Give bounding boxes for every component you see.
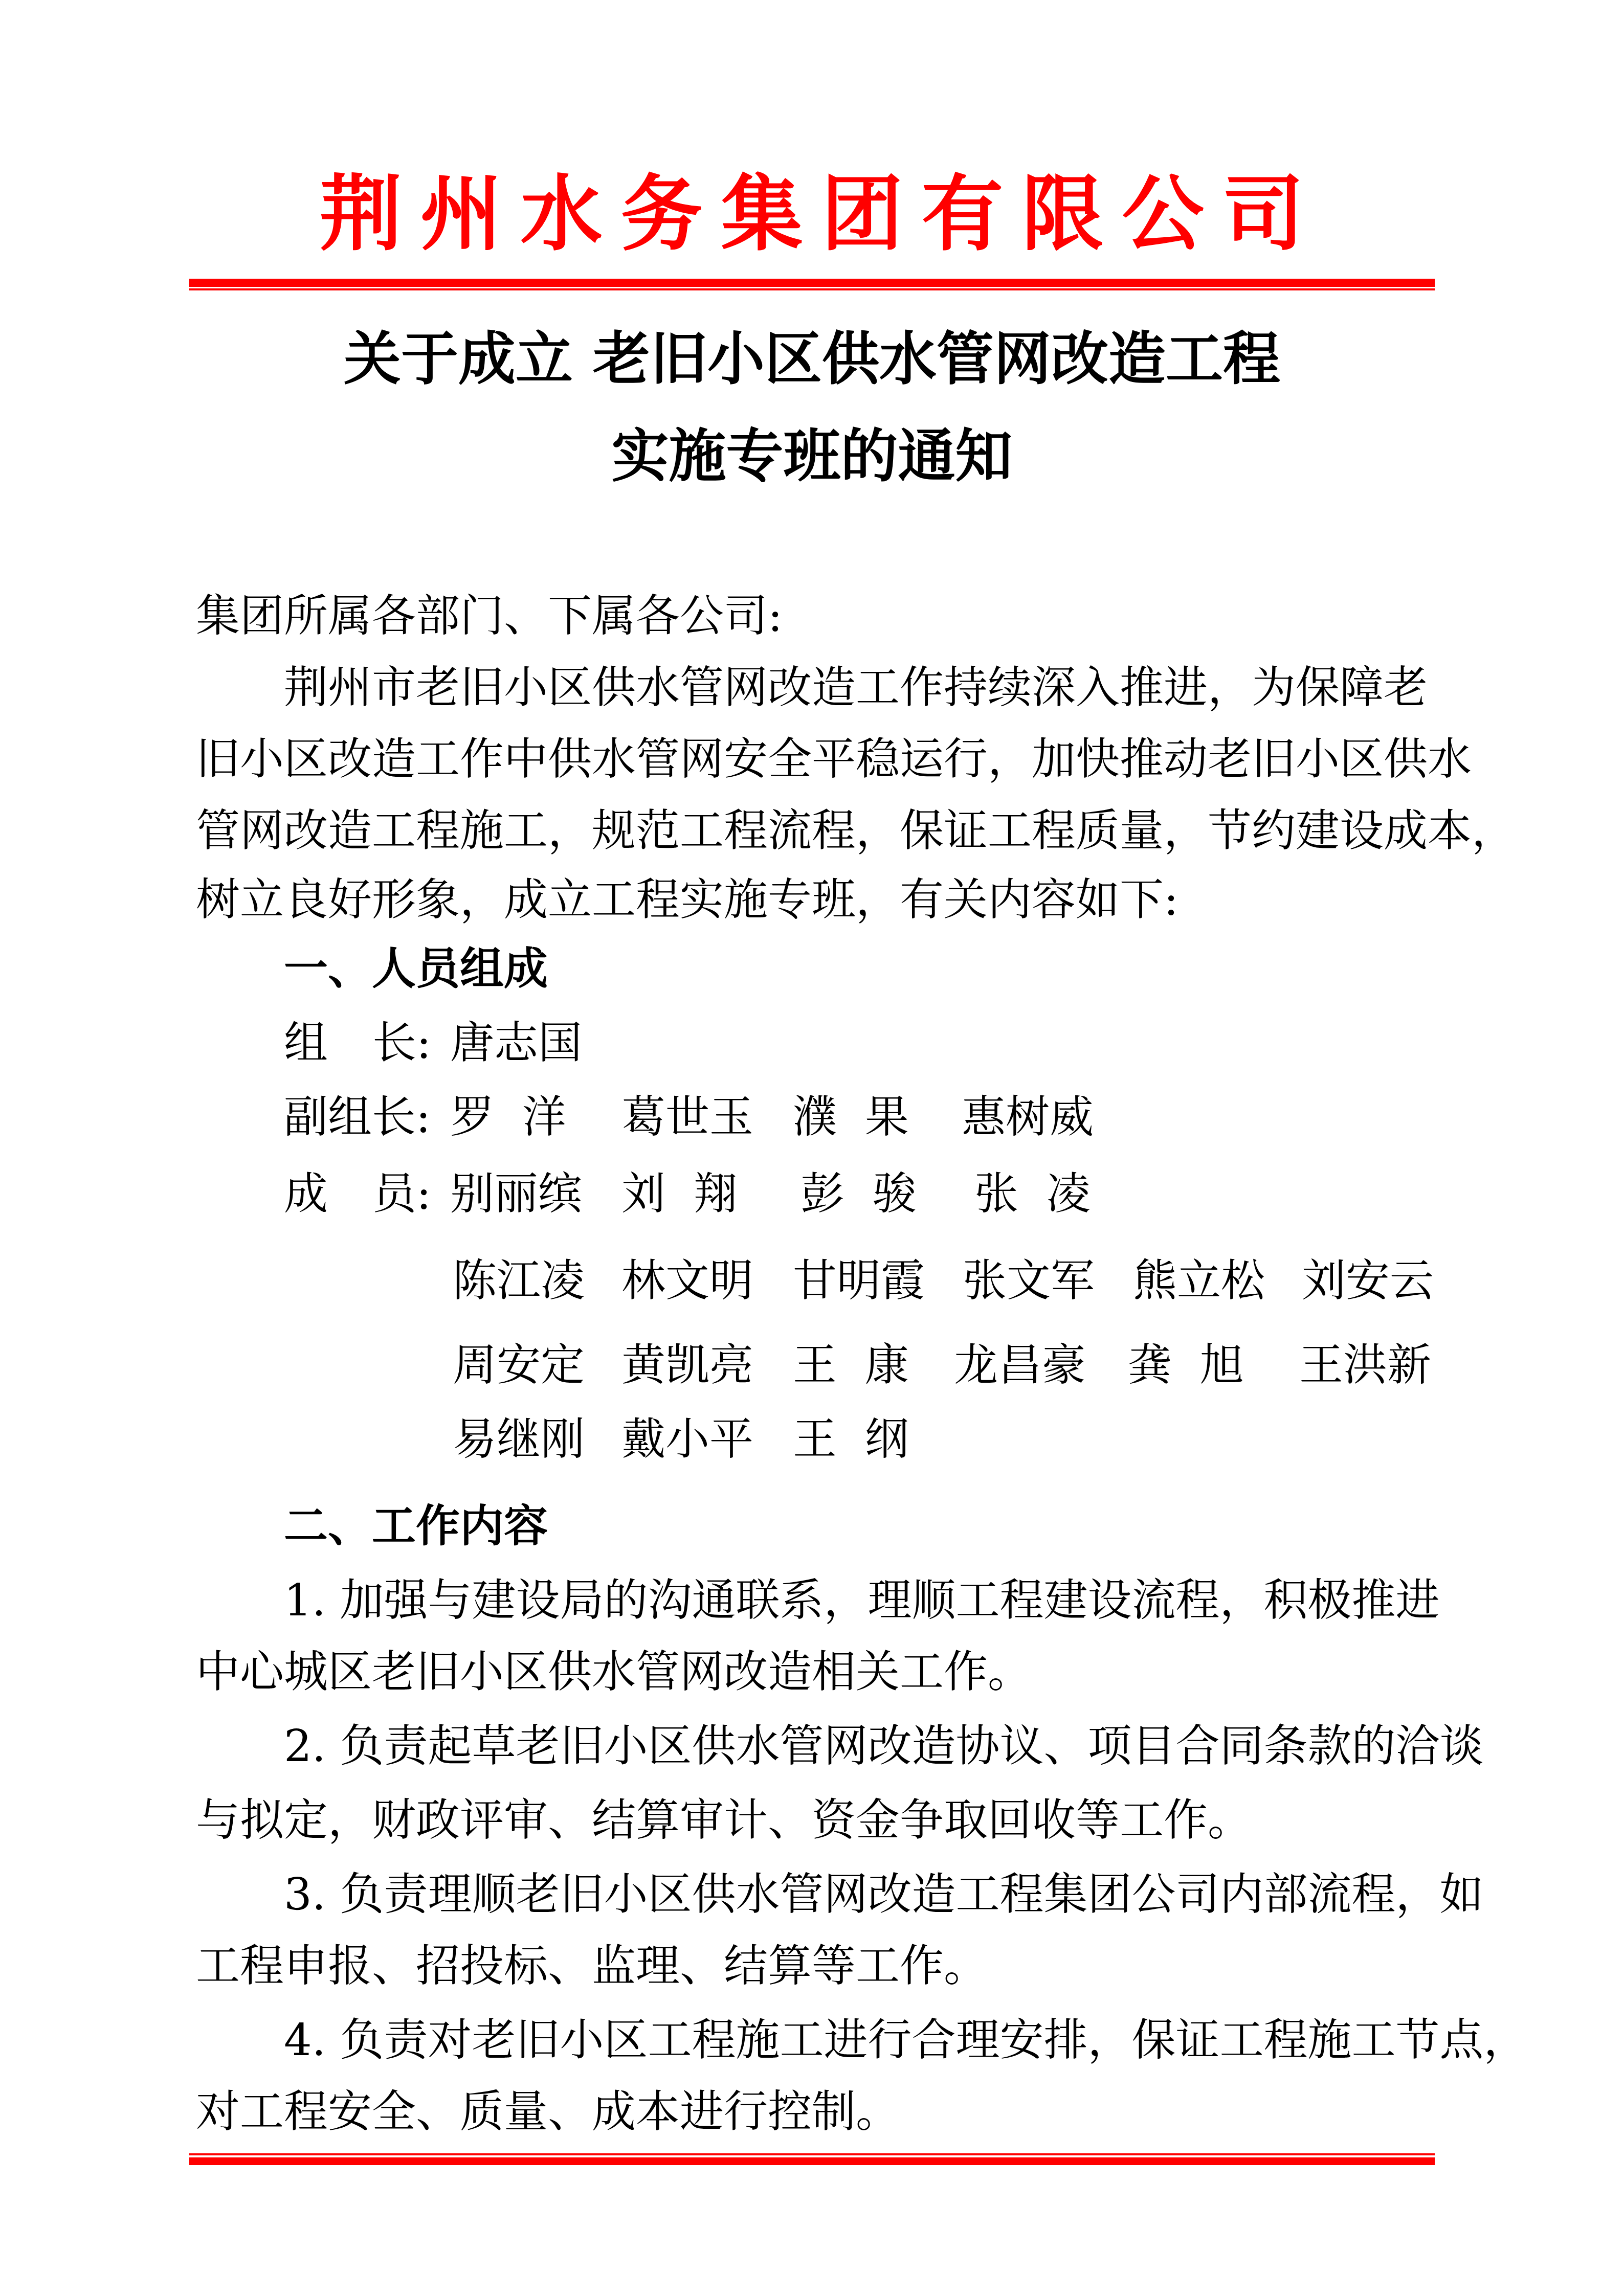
member-row: 陈江凌 林文明 甘明霞 张文军 熊立松 刘安云 — [0, 1250, 1624, 1312]
intro-line: 旧小区改造工作中供水管网安全平稳运行，加快推动老旧小区供水 — [196, 729, 1434, 790]
footer-rule-thick — [189, 2157, 1435, 2165]
intro-line: 荆州市老旧小区供水管网改造工作持续深入推进，为保障老 — [284, 657, 1391, 718]
member-row: 周安定 黄凯亮 王 康 龙昌豪 龚 旭 王洪新 — [0, 1335, 1624, 1396]
member-name: 林文明 — [621, 1250, 753, 1312]
footer-rule-thin — [189, 2153, 1435, 2155]
member-name: 熊立松 — [1133, 1250, 1265, 1312]
member-name: 周安定 — [453, 1335, 585, 1396]
member-name: 甘明霞 — [793, 1250, 925, 1312]
member-row: 易继刚 戴小平 王 纲 — [0, 1409, 1624, 1470]
work-item-1-first: 1. 加强与建设局的沟通联系，理顺工程建设流程，积极推进 — [284, 1570, 1391, 1631]
deputy-name: 惠树威 — [962, 1087, 1094, 1148]
header-rule-thin — [189, 288, 1435, 290]
member-name: 易继刚 — [453, 1409, 585, 1470]
deputy-name: 罗 洋 — [450, 1087, 566, 1148]
deputy-name: 濮 果 — [793, 1087, 909, 1148]
header-rule-thick — [189, 279, 1435, 287]
section-heading-work: 二、工作内容 — [284, 1496, 1434, 1557]
section-heading-personnel: 一、人员组成 — [284, 938, 1434, 1000]
leader-row: 组 长: 唐志国 — [0, 1012, 1624, 1074]
member-row: 成 员: 别丽缤 刘 翔 彭 骏 张 凌 — [0, 1163, 1624, 1225]
member-name: 龙昌豪 — [954, 1335, 1086, 1396]
work-item-1-rest: 中心城区老旧小区供水管网改造相关工作。 — [196, 1641, 1434, 1703]
leader-label-a: 组 — [284, 1012, 328, 1074]
member-name: 彭 骏 — [800, 1163, 917, 1225]
member-label-a: 成 — [284, 1163, 328, 1225]
document-title-line2: 实施专班的通知 — [189, 421, 1435, 492]
work-item-3-rest: 工程申报、招投标、监理、结算等工作。 — [196, 1935, 1434, 1997]
member-name: 刘安云 — [1302, 1250, 1434, 1312]
member-name: 龚 旭 — [1128, 1335, 1244, 1396]
letterhead-org-name: 荆州水务集团有限公司 — [189, 163, 1435, 265]
work-item-2-first: 2. 负责起草老旧小区供水管网改造协议、项目合同条款的洽谈 — [284, 1716, 1434, 1777]
member-name: 刘 翔 — [621, 1163, 738, 1225]
member-name: 戴小平 — [621, 1409, 753, 1470]
deputy-name: 葛世玉 — [621, 1087, 753, 1148]
deputy-row: 副组长: 罗 洋 葛世玉 濮 果 惠树威 — [0, 1087, 1624, 1148]
work-item-4-rest: 对工程安全、质量、成本进行控制。 — [196, 2081, 1434, 2143]
work-item-3-first: 3. 负责理顺老旧小区供水管网改造工程集团公司内部流程，如 — [284, 1864, 1434, 1925]
intro-line: 管网改造工程施工，规范工程流程，保证工程质量，节约建设成本， — [196, 800, 1434, 862]
member-name: 别丽缤 — [450, 1163, 582, 1225]
salutation: 集团所属各部门、下属各公司: — [196, 586, 1434, 647]
member-name: 王 康 — [793, 1335, 909, 1396]
member-name: 张 凌 — [974, 1163, 1091, 1225]
member-name: 陈江凌 — [453, 1250, 585, 1312]
member-name: 黄凯亮 — [621, 1335, 753, 1396]
member-name: 王 纲 — [793, 1409, 909, 1470]
member-name: 王洪新 — [1299, 1335, 1431, 1396]
leader-name: 唐志国 — [450, 1012, 582, 1074]
member-label-b: 员: — [372, 1163, 431, 1225]
intro-line: 树立良好形象，成立工程实施专班，有关内容如下: — [196, 869, 1434, 931]
work-item-2-rest: 与拟定，财政评审、结算审计、资金争取回收等工作。 — [196, 1790, 1434, 1851]
member-name: 张文军 — [963, 1250, 1095, 1312]
document-title-line1: 关于成立 老旧小区供水管网改造工程 — [189, 324, 1435, 395]
work-item-4-first: 4. 负责对老旧小区工程施工进行合理安排，保证工程施工节点， — [284, 2010, 1434, 2071]
document-page: 荆州水务集团有限公司 关于成立 老旧小区供水管网改造工程 实施专班的通知 集团所… — [0, 0, 1624, 2296]
leader-label-b: 长: — [372, 1012, 431, 1074]
deputy-label: 副组长: — [284, 1087, 431, 1148]
